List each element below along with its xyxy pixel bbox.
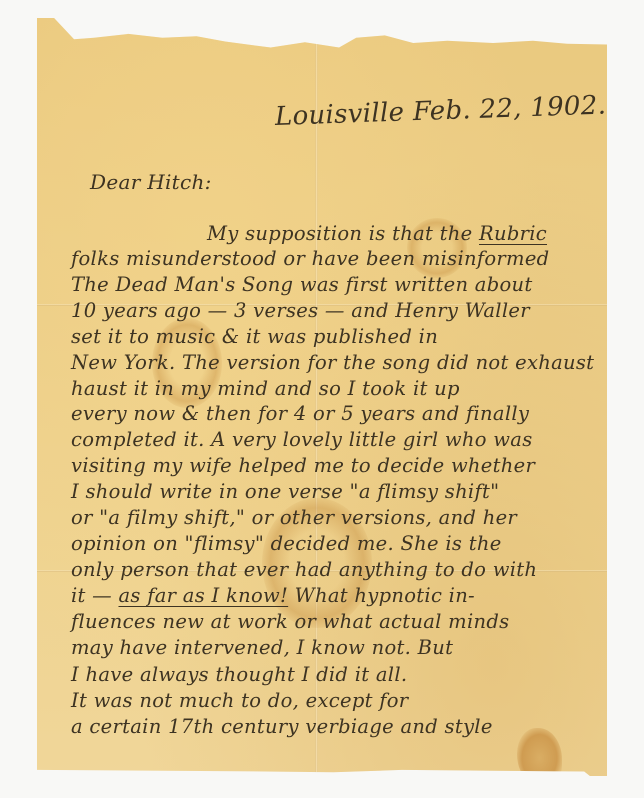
body-line-9: completed it. A very lovely little girl …	[71, 428, 533, 451]
body-line-1: My supposition is that the Rubric	[207, 222, 547, 245]
place-and-date: Louisville Feb. 22, 1902.	[274, 90, 606, 132]
body-line-3: The Dead Man's Song was first written ab…	[71, 273, 533, 296]
water-stain-bottom-right	[517, 728, 562, 788]
body-line-16: fluences new at work or what actual mind…	[71, 610, 509, 633]
body-line-5: set it to music & it was published in	[71, 325, 438, 348]
body-line-11: I should write in one verse "a flimsy sh…	[71, 480, 499, 503]
body-line-2: folks misunderstood or have been misinfo…	[71, 247, 549, 270]
body-line-13: opinion on "flimsy" decided me. She is t…	[71, 532, 502, 555]
body-line-12: or "a filmy shift," or other versions, a…	[71, 506, 517, 529]
body-line-15: it — as far as I know! What hypnotic in-	[71, 584, 475, 607]
body-line-14: only person that ever had anything to do…	[71, 558, 537, 581]
body-line-18: I have always thought I did it all.	[71, 663, 407, 686]
body-line-19: It was not much to do, except for	[71, 689, 408, 712]
body-line-17: may have intervened, I know not. But	[71, 636, 453, 659]
body-line-8: every now & then for 4 or 5 years and fi…	[71, 402, 529, 425]
salutation: Dear Hitch:	[90, 170, 212, 194]
aged-paper-sheet: Louisville Feb. 22, 1902. Dear Hitch: My…	[37, 18, 607, 776]
body-line-10: visiting my wife helped me to decide whe…	[71, 454, 535, 477]
underlined-phrase: as far as I know!	[118, 584, 288, 607]
underlined-phrase: Rubric	[479, 222, 547, 245]
body-line-7: haust it in my mind and so I took it up	[71, 377, 460, 400]
body-line-4: 10 years ago — 3 verses — and Henry Wall…	[71, 299, 530, 322]
scanned-letter-page: Louisville Feb. 22, 1902. Dear Hitch: My…	[0, 0, 644, 798]
body-line-1-text: My supposition is that the Rubric	[207, 222, 547, 245]
body-line-20: a certain 17th century verbiage and styl…	[71, 715, 493, 738]
body-line-6: New York. The version for the song did n…	[71, 351, 594, 374]
